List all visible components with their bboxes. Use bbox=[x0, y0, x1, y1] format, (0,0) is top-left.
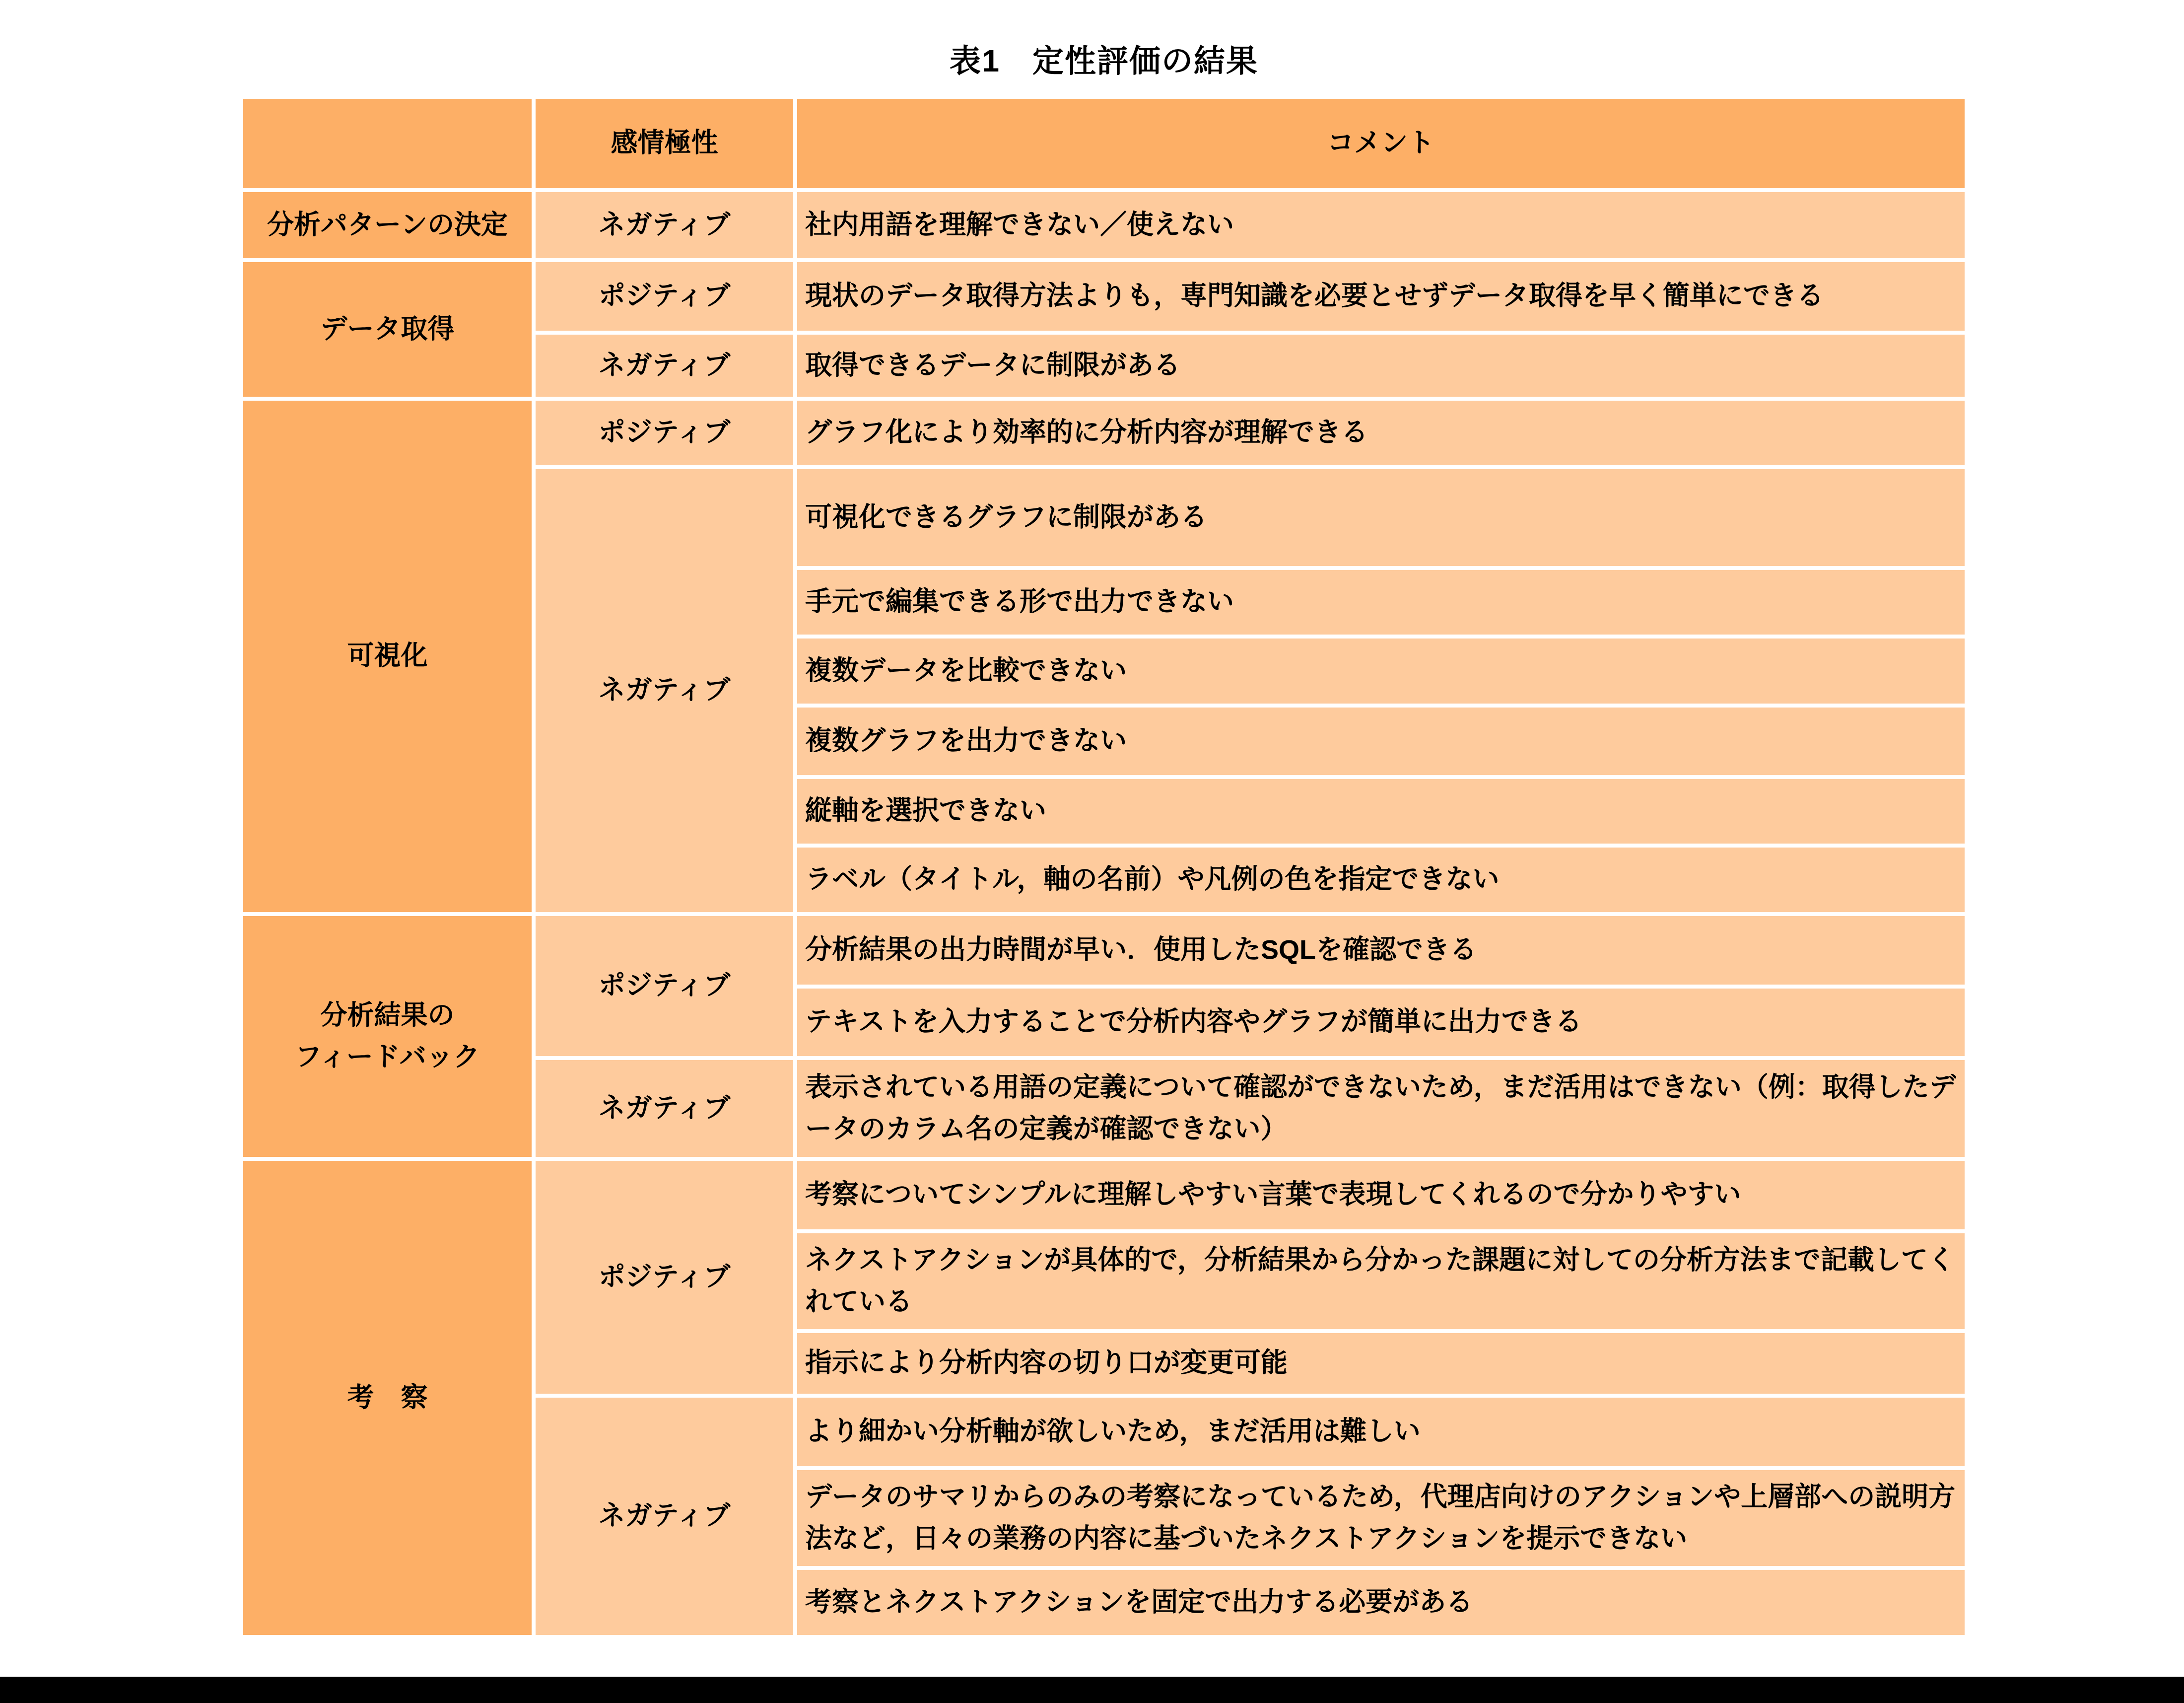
sentiment-cell: ネガティブ bbox=[536, 1398, 793, 1635]
comment-cell: 複数グラフを出力できない bbox=[797, 708, 1965, 775]
sentiment-cell: ネガティブ bbox=[536, 192, 793, 258]
comment-cell: 分析結果の出力時間が早い．使用したSQLを確認できる bbox=[797, 916, 1965, 985]
comment-cell: データのサマリからのみの考察になっているため，代理店向けのアクションや上層部への… bbox=[797, 1470, 1965, 1566]
sentiment-cell: ポジティブ bbox=[536, 1161, 793, 1394]
comment-cell: ネクストアクションが具体的で，分析結果から分かった課題に対しての分析方法まで記載… bbox=[797, 1233, 1965, 1329]
comment-cell: 現状のデータ取得方法よりも，専門知識を必要とせずデータ取得を早く簡単にできる bbox=[797, 262, 1965, 331]
table-row: 可視化 ポジティブ グラフ化により効率的に分析内容が理解できる bbox=[243, 401, 1965, 465]
table-row: データ取得 ポジティブ 現状のデータ取得方法よりも，専門知識を必要とせずデータ取… bbox=[243, 262, 1965, 331]
comment-cell: グラフ化により効率的に分析内容が理解できる bbox=[797, 401, 1965, 465]
page-title: 表1 定性評価の結果 bbox=[239, 36, 1969, 81]
table-row: 分析結果の フィードバック ポジティブ 分析結果の出力時間が早い．使用したSQL… bbox=[243, 916, 1965, 985]
comment-cell: 考察についてシンプルに理解しやすい言葉で表現してくれるので分かりやすい bbox=[797, 1161, 1965, 1229]
sentiment-cell: ネガティブ bbox=[536, 1060, 793, 1157]
category-cell: 考 察 bbox=[243, 1161, 532, 1635]
category-cell: データ取得 bbox=[243, 262, 532, 397]
comment-cell: 表示されている用語の定義について確認ができないため，まだ活用はできない（例：取得… bbox=[797, 1060, 1965, 1157]
comment-cell: 縦軸を選択できない bbox=[797, 779, 1965, 844]
comment-cell: テキストを入力することで分析内容やグラフが簡単に出力できる bbox=[797, 989, 1965, 1056]
comment-cell: ラベル（タイトル，軸の名前）や凡例の色を指定できない bbox=[797, 848, 1965, 912]
header-sentiment-cell: 感情極性 bbox=[536, 99, 793, 188]
category-cell: 分析パターンの決定 bbox=[243, 192, 532, 258]
sentiment-cell: ネガティブ bbox=[536, 469, 793, 912]
comment-cell: 社内用語を理解できない／使えない bbox=[797, 192, 1965, 258]
table-row: 考 察 ポジティブ 考察についてシンプルに理解しやすい言葉で表現してくれるので分… bbox=[243, 1161, 1965, 1229]
comment-cell: 手元で編集できる形で出力できない bbox=[797, 570, 1965, 635]
bottom-black-bar bbox=[0, 1677, 2184, 1703]
table-header-row: 感情極性 コメント bbox=[243, 99, 1965, 188]
sentiment-cell: ポジティブ bbox=[536, 916, 793, 1056]
qualitative-evaluation-table: 感情極性 コメント 分析パターンの決定 ネガティブ 社内用語を理解できない／使え… bbox=[239, 95, 1969, 1639]
comment-cell: より細かい分析軸が欲しいため，まだ活用は難しい bbox=[797, 1398, 1965, 1466]
comment-cell: 複数データを比較できない bbox=[797, 639, 1965, 704]
comment-cell: 指示により分析内容の切り口が変更可能 bbox=[797, 1333, 1965, 1394]
category-cell: 分析結果の フィードバック bbox=[243, 916, 532, 1157]
sentiment-cell: ポジティブ bbox=[536, 401, 793, 465]
page: { "title": "表1 定性評価の結果", "table": { "hea… bbox=[0, 0, 2184, 1703]
comment-cell: 可視化できるグラフに制限がある bbox=[797, 469, 1965, 566]
header-comment-cell: コメント bbox=[797, 99, 1965, 188]
header-category-cell bbox=[243, 99, 532, 188]
table-row: 分析パターンの決定 ネガティブ 社内用語を理解できない／使えない bbox=[243, 192, 1965, 258]
sentiment-cell: ネガティブ bbox=[536, 335, 793, 397]
category-cell: 可視化 bbox=[243, 401, 532, 912]
comment-cell: 考察とネクストアクションを固定で出力する必要がある bbox=[797, 1570, 1965, 1635]
sentiment-cell: ポジティブ bbox=[536, 262, 793, 331]
comment-cell: 取得できるデータに制限がある bbox=[797, 335, 1965, 397]
